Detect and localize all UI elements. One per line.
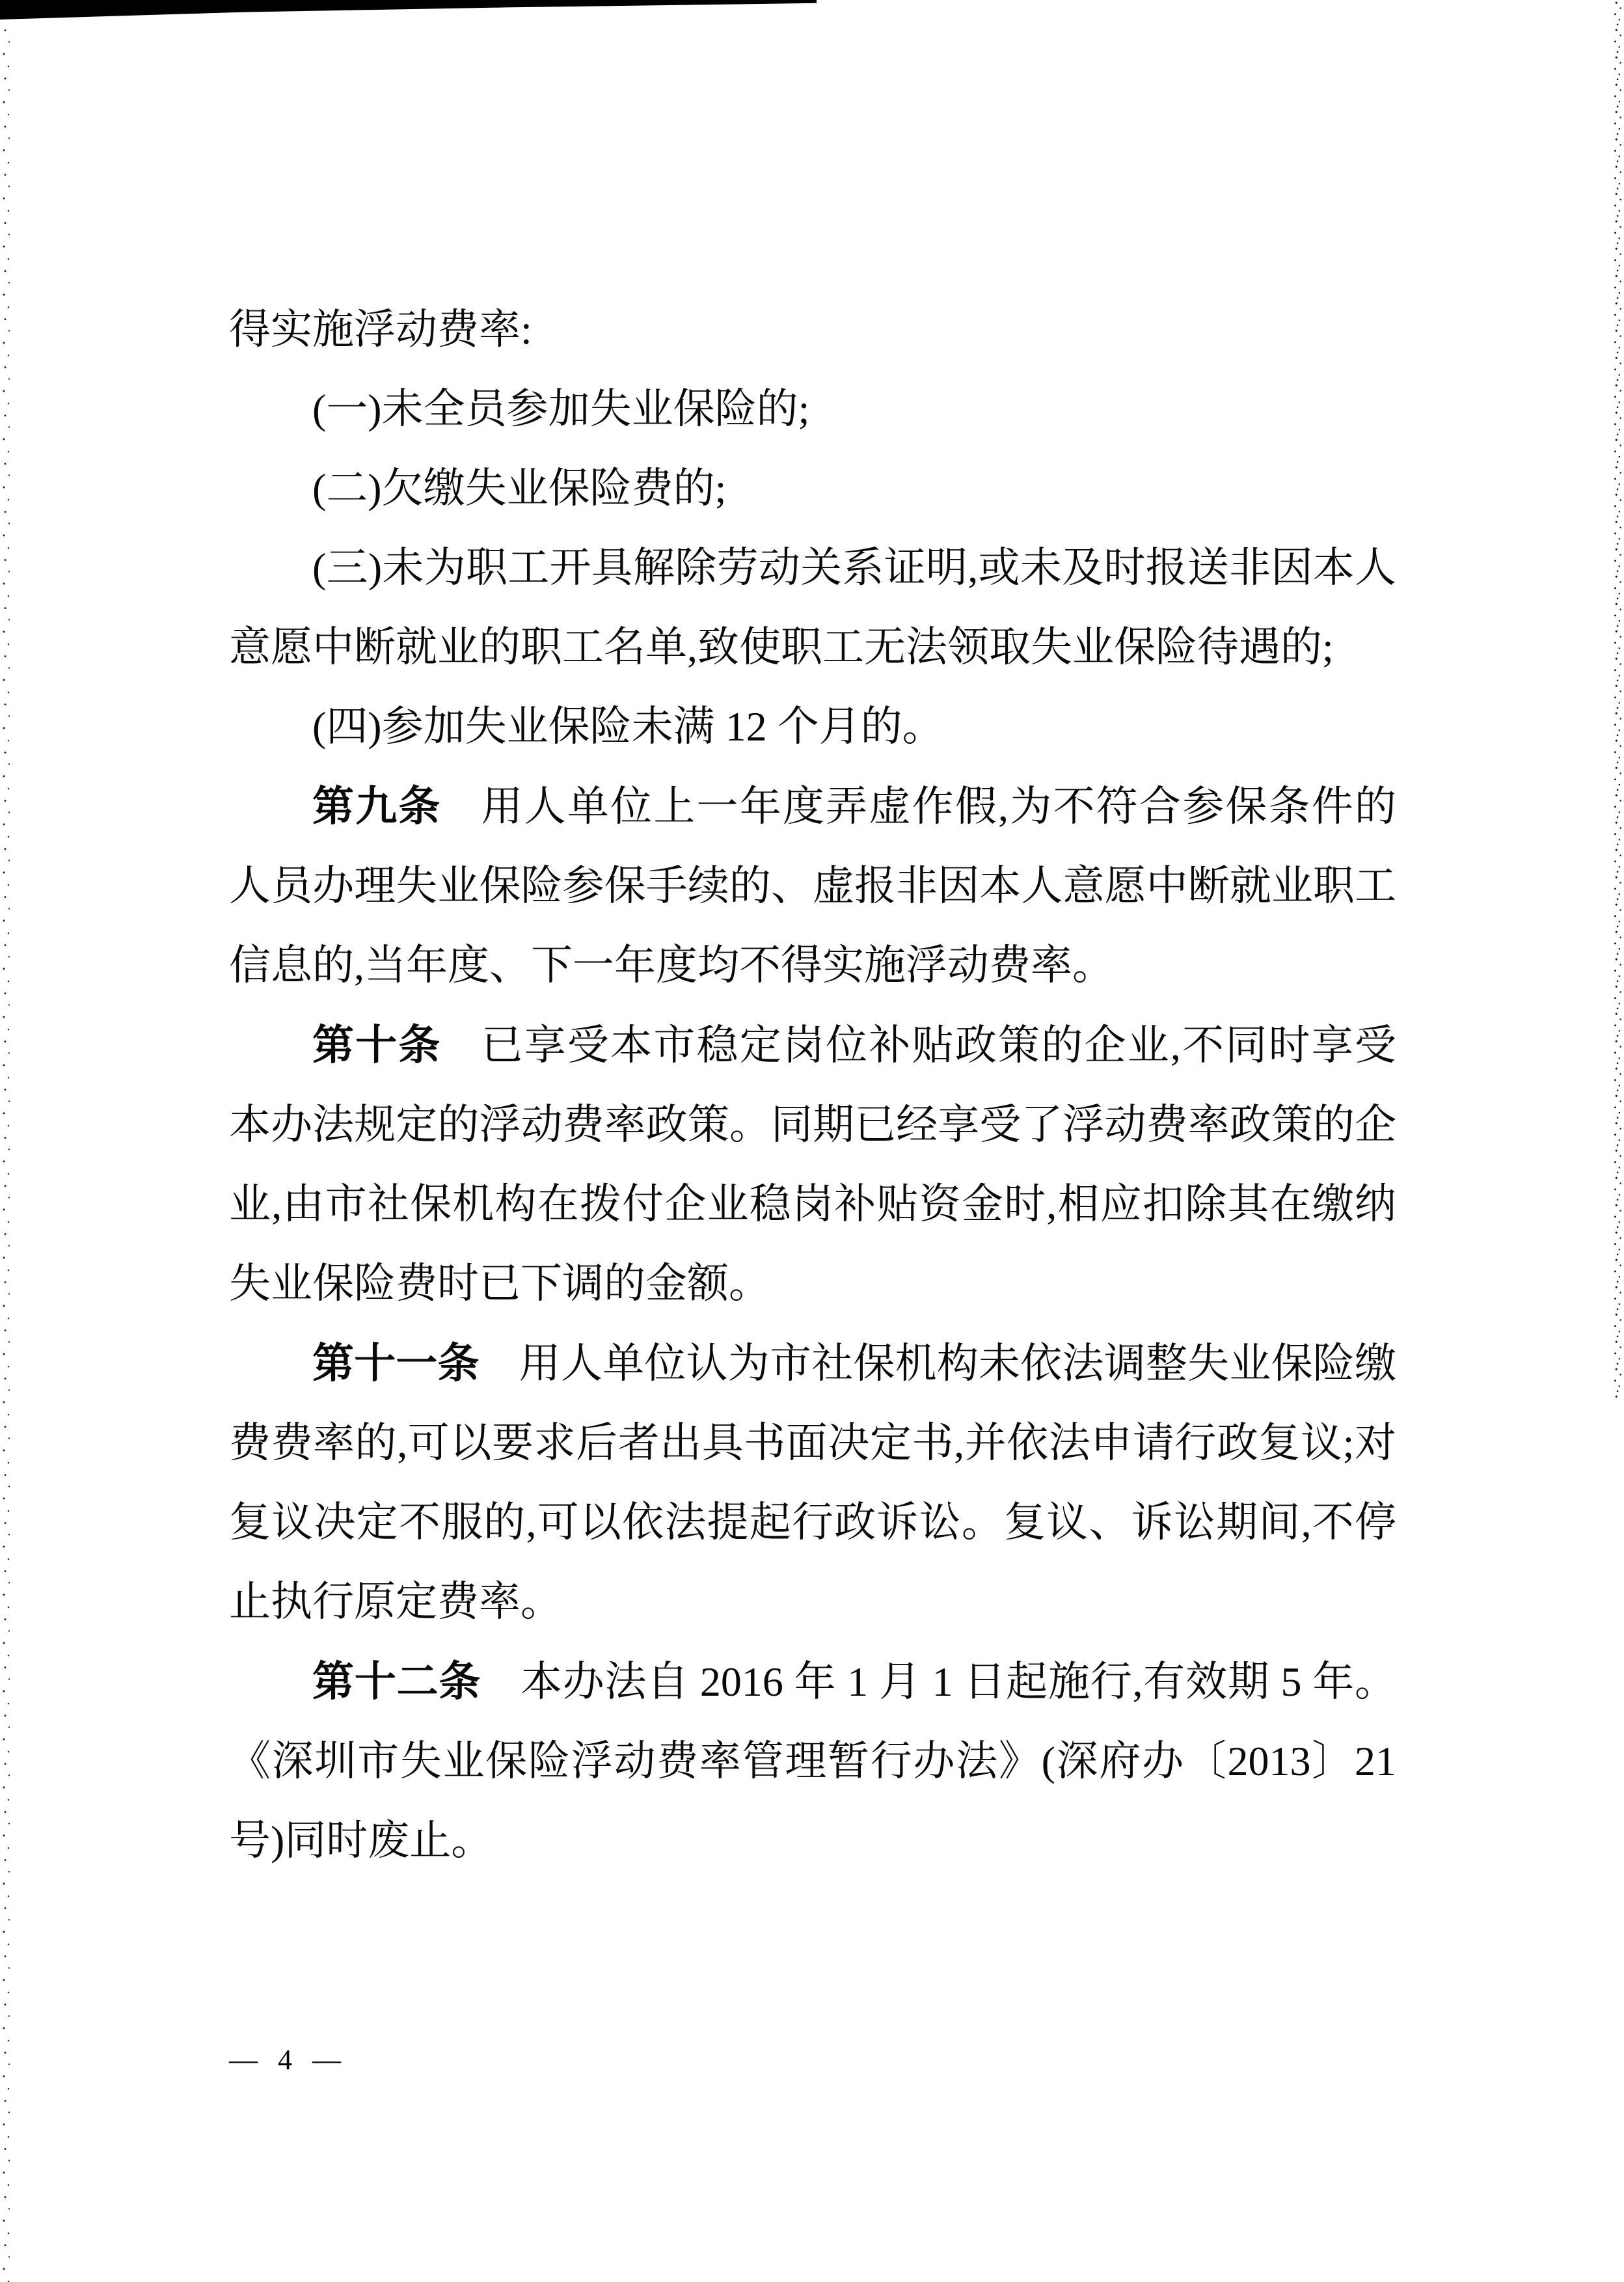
scan-artifact-top <box>0 0 817 20</box>
paragraph: (一)未全员参加失业保险的; <box>229 370 1396 449</box>
paragraph: 第十条已享受本市稳定岗位补贴政策的企业,不同时享受本办法规定的浮动费率政策。同期… <box>229 1005 1396 1324</box>
scan-noise-right-edge <box>1612 0 1624 1399</box>
document-body: 得实施浮动费率: (一)未全员参加失业保险的; (二)欠缴失业保险费的; (三)… <box>229 290 1396 1881</box>
paragraph-text: (四)参加失业保险未满 12 个月的。 <box>312 703 944 750</box>
paragraph: (二)欠缴失业保险费的; <box>229 449 1396 528</box>
page-number: — 4 — <box>229 2041 347 2080</box>
article-number-label: 第十二条 <box>312 1658 481 1705</box>
article-number-label: 第九条 <box>312 783 442 830</box>
paragraph: 第十一条用人单位认为市社保机构未依法调整失业保险缴费费率的,可以要求后者出具书面… <box>229 1324 1396 1642</box>
document-page: 得实施浮动费率: (一)未全员参加失业保险的; (二)欠缴失业保险费的; (三)… <box>0 0 1624 2282</box>
paragraph-text: 得实施浮动费率: <box>229 306 532 353</box>
paragraph: (四)参加失业保险未满 12 个月的。 <box>229 687 1396 767</box>
paragraph-text: (三)未为职工开具解除劳动关系证明,或未及时报送非因本人意愿中断就业的职工名单,… <box>229 545 1396 670</box>
article-number-label: 第十一条 <box>312 1340 480 1387</box>
paragraph: 第九条用人单位上一年度弄虚作假,为不符合参保条件的人员办理失业保险参保手续的、虚… <box>229 767 1396 1005</box>
paragraph-text: (二)欠缴失业保险费的; <box>312 465 726 511</box>
paragraph: 第十二条本办法自 2016 年 1 月 1 日起施行,有效期 5 年。《深圳市失… <box>229 1642 1396 1881</box>
paragraph-text: (一)未全员参加失业保险的; <box>312 386 809 432</box>
paragraph: 得实施浮动费率: <box>229 290 1396 370</box>
article-number-label: 第十条 <box>312 1022 442 1068</box>
paragraph: (三)未为职工开具解除劳动关系证明,或未及时报送非因本人意愿中断就业的职工名单,… <box>229 528 1396 687</box>
scan-noise-left-edge <box>0 0 13 2282</box>
